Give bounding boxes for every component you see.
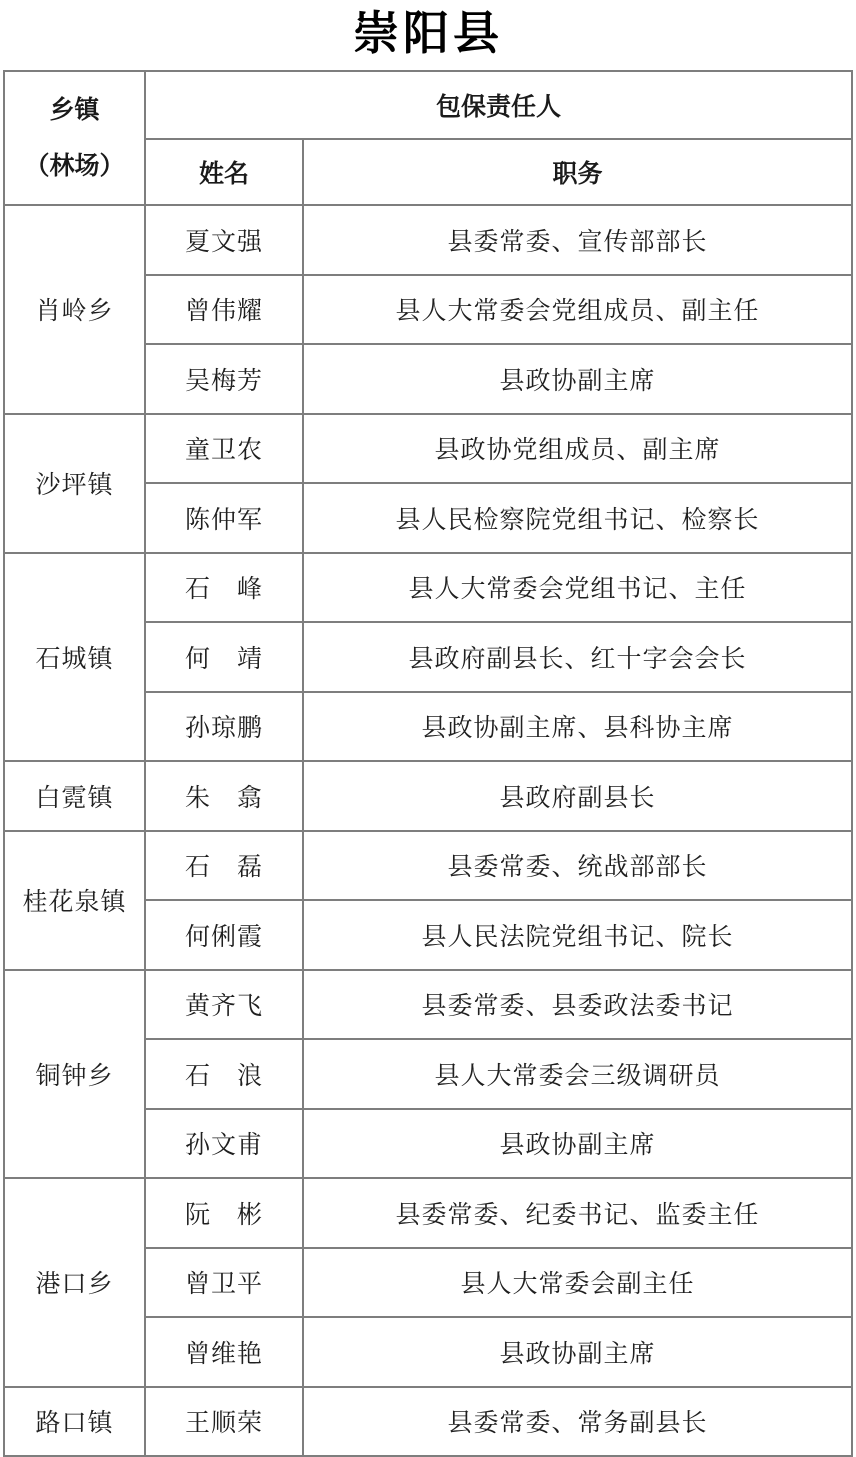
name-cell: 夏文强 [145, 205, 303, 275]
position-cell: 县委常委、县委政法委书记 [303, 970, 852, 1040]
name-cell: 石 浪 [145, 1039, 303, 1109]
position-cell: 县委常委、纪委书记、监委主任 [303, 1178, 852, 1248]
name-cell: 童卫农 [145, 414, 303, 484]
township-cell: 桂花泉镇 [4, 831, 145, 970]
name-cell: 王顺荣 [145, 1387, 303, 1457]
name-cell: 石 峰 [145, 553, 303, 623]
township-cell: 沙坪镇 [4, 414, 145, 553]
position-cell: 县委常委、统战部部长 [303, 831, 852, 901]
col-header-township: 乡镇 （林场） [4, 71, 145, 205]
position-cell: 县人大常委会三级调研员 [303, 1039, 852, 1109]
name-cell: 孙文甫 [145, 1109, 303, 1179]
col-header-name: 姓名 [145, 139, 303, 205]
name-cell: 陈仲军 [145, 483, 303, 553]
name-cell: 孙琼鹏 [145, 692, 303, 762]
township-cell: 肖岭乡 [4, 205, 145, 414]
col-header-position: 职务 [303, 139, 852, 205]
position-cell: 县政协副主席、县科协主席 [303, 692, 852, 762]
table-row: 白霓镇 朱 翕 县政府副县长 [4, 761, 852, 831]
position-cell: 县政府副县长、红十字会会长 [303, 622, 852, 692]
township-cell: 铜钟乡 [4, 970, 145, 1179]
name-cell: 何 靖 [145, 622, 303, 692]
table-row: 石城镇 石 峰 县人大常委会党组书记、主任 [4, 553, 852, 623]
name-cell: 曾伟耀 [145, 275, 303, 345]
name-cell: 曾卫平 [145, 1248, 303, 1318]
table-row: 铜钟乡 黄齐飞 县委常委、县委政法委书记 [4, 970, 852, 1040]
name-cell: 石 磊 [145, 831, 303, 901]
page-title: 崇阳县 [0, 0, 856, 66]
name-cell: 曾维艳 [145, 1317, 303, 1387]
position-cell: 县人大常委会副主任 [303, 1248, 852, 1318]
responsibility-table: 乡镇 （林场） 包保责任人 姓名 职务 肖岭乡 夏文强 县委常委、宣传部部长 曾… [3, 70, 853, 1457]
position-cell: 县政协副主席 [303, 1109, 852, 1179]
township-cell: 港口乡 [4, 1178, 145, 1387]
col-header-township-line1: 乡镇 [5, 82, 144, 138]
position-cell: 县委常委、常务副县长 [303, 1387, 852, 1457]
township-cell: 白霓镇 [4, 761, 145, 831]
header-row-1: 乡镇 （林场） 包保责任人 [4, 71, 852, 139]
position-cell: 县人大常委会党组成员、副主任 [303, 275, 852, 345]
col-header-township-line2: （林场） [5, 138, 144, 194]
table-row: 港口乡 阮 彬 县委常委、纪委书记、监委主任 [4, 1178, 852, 1248]
position-cell: 县政协副主席 [303, 344, 852, 414]
position-cell: 县人大常委会党组书记、主任 [303, 553, 852, 623]
name-cell: 朱 翕 [145, 761, 303, 831]
township-cell: 石城镇 [4, 553, 145, 762]
table-row: 沙坪镇 童卫农 县政协党组成员、副主席 [4, 414, 852, 484]
name-cell: 黄齐飞 [145, 970, 303, 1040]
name-cell: 何俐霞 [145, 900, 303, 970]
document-page: 崇阳县 乡镇 （林场） 包保责任人 姓名 职务 肖岭 [0, 0, 856, 1434]
col-header-responsible: 包保责任人 [145, 71, 852, 139]
table-row: 肖岭乡 夏文强 县委常委、宣传部部长 [4, 205, 852, 275]
position-cell: 县委常委、宣传部部长 [303, 205, 852, 275]
position-cell: 县人民检察院党组书记、检察长 [303, 483, 852, 553]
township-cell: 路口镇 [4, 1387, 145, 1457]
table-row: 桂花泉镇 石 磊 县委常委、统战部部长 [4, 831, 852, 901]
position-cell: 县人民法院党组书记、院长 [303, 900, 852, 970]
name-cell: 阮 彬 [145, 1178, 303, 1248]
name-cell: 吴梅芳 [145, 344, 303, 414]
position-cell: 县政协副主席 [303, 1317, 852, 1387]
position-cell: 县政协党组成员、副主席 [303, 414, 852, 484]
table-row: 路口镇 王顺荣 县委常委、常务副县长 [4, 1387, 852, 1457]
position-cell: 县政府副县长 [303, 761, 852, 831]
